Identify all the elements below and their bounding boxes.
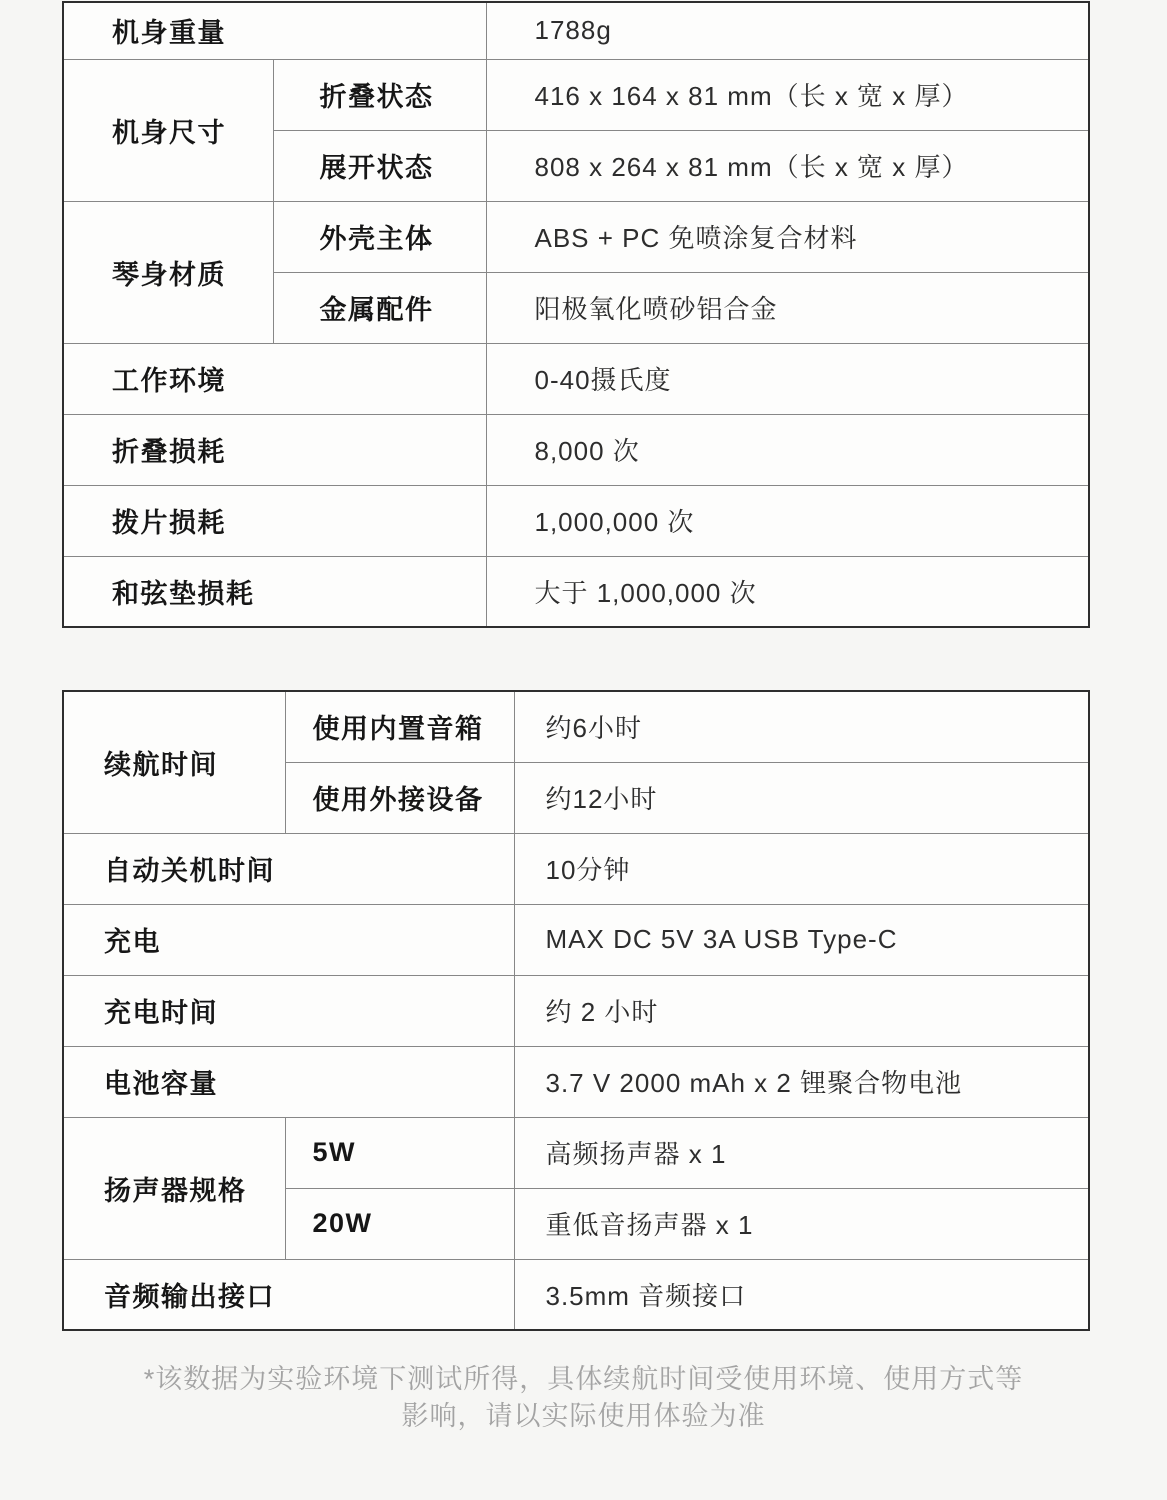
spec-label: 机身重量: [63, 2, 486, 59]
spec-label: 充电时间: [63, 975, 514, 1046]
spec-sub-label: 使用内置音箱: [285, 691, 514, 762]
table-row: 自动关机时间 10分钟: [63, 833, 1089, 904]
footnote-text: *该数据为实验环境下测试所得，具体续航时间受使用环境、使用方式等 影响，请以实际…: [0, 1361, 1167, 1435]
spec-page: 机身重量 1788g 机身尺寸 折叠状态 416 x 164 x 81 mm（长…: [0, 0, 1167, 1435]
table-row: 机身尺寸 折叠状态 416 x 164 x 81 mm（长 x 宽 x 厚）: [63, 59, 1089, 130]
footnote-line-2: 影响，请以实际使用体验为准: [0, 1398, 1167, 1435]
table-row: 充电 MAX DC 5V 3A USB Type-C: [63, 904, 1089, 975]
table-row: 充电时间 约 2 小时: [63, 975, 1089, 1046]
table-row: 机身重量 1788g: [63, 2, 1089, 59]
spec-label: 折叠损耗: [63, 414, 486, 485]
table-row: 拨片损耗 1,000,000 次: [63, 485, 1089, 556]
spec-value: 416 x 164 x 81 mm（长 x 宽 x 厚）: [486, 59, 1089, 130]
spec-sub-label: 金属配件: [273, 272, 486, 343]
spec-value: 约12小时: [514, 762, 1089, 833]
spec-value: 8,000 次: [486, 414, 1089, 485]
spec-label: 工作环境: [63, 343, 486, 414]
table-row: 续航时间 使用内置音箱 约6小时: [63, 691, 1089, 762]
spec-label: 充电: [63, 904, 514, 975]
spec-value: 约6小时: [514, 691, 1089, 762]
spec-value: 3.7 V 2000 mAh x 2 锂聚合物电池: [514, 1046, 1089, 1117]
spec-value: MAX DC 5V 3A USB Type-C: [514, 904, 1089, 975]
spec-value: 10分钟: [514, 833, 1089, 904]
spec-value: 阳极氧化喷砂铝合金: [486, 272, 1089, 343]
spec-group-label: 续航时间: [63, 691, 285, 833]
table-row: 和弦垫损耗 大于 1,000,000 次: [63, 556, 1089, 627]
spec-sub-label: 展开状态: [273, 130, 486, 201]
spec-value: 0-40摄氏度: [486, 343, 1089, 414]
spec-group-label: 扬声器规格: [63, 1117, 285, 1259]
spec-label: 拨片损耗: [63, 485, 486, 556]
spec-sub-label: 使用外接设备: [285, 762, 514, 833]
spec-value: 1788g: [486, 2, 1089, 59]
spec-label: 自动关机时间: [63, 833, 514, 904]
spec-value: 重低音扬声器 x 1: [514, 1188, 1089, 1259]
spec-value: 约 2 小时: [514, 975, 1089, 1046]
spec-sub-label: 20W: [285, 1188, 514, 1259]
spec-group-label: 机身尺寸: [63, 59, 273, 201]
spec-label: 音频输出接口: [63, 1259, 514, 1330]
spec-value: 808 x 264 x 81 mm（长 x 宽 x 厚）: [486, 130, 1089, 201]
table-row: 电池容量 3.7 V 2000 mAh x 2 锂聚合物电池: [63, 1046, 1089, 1117]
spec-label: 和弦垫损耗: [63, 556, 486, 627]
physical-spec-table: 机身重量 1788g 机身尺寸 折叠状态 416 x 164 x 81 mm（长…: [62, 1, 1090, 628]
spec-group-label: 琴身材质: [63, 201, 273, 343]
table-row: 琴身材质 外壳主体 ABS + PC 免喷涂复合材料: [63, 201, 1089, 272]
table-row: 音频输出接口 3.5mm 音频接口: [63, 1259, 1089, 1330]
spec-value: 1,000,000 次: [486, 485, 1089, 556]
spec-sub-label: 5W: [285, 1117, 514, 1188]
spec-label: 电池容量: [63, 1046, 514, 1117]
table-row: 折叠损耗 8,000 次: [63, 414, 1089, 485]
spec-value: 大于 1,000,000 次: [486, 556, 1089, 627]
table-row: 扬声器规格 5W 高频扬声器 x 1: [63, 1117, 1089, 1188]
spec-value: ABS + PC 免喷涂复合材料: [486, 201, 1089, 272]
footnote-line-1: *该数据为实验环境下测试所得，具体续航时间受使用环境、使用方式等: [0, 1361, 1167, 1398]
spec-sub-label: 外壳主体: [273, 201, 486, 272]
spec-sub-label: 折叠状态: [273, 59, 486, 130]
spec-value: 3.5mm 音频接口: [514, 1259, 1089, 1330]
table-row: 工作环境 0-40摄氏度: [63, 343, 1089, 414]
spec-value: 高频扬声器 x 1: [514, 1117, 1089, 1188]
power-audio-spec-table: 续航时间 使用内置音箱 约6小时 使用外接设备 约12小时 自动关机时间 10分…: [62, 690, 1090, 1331]
